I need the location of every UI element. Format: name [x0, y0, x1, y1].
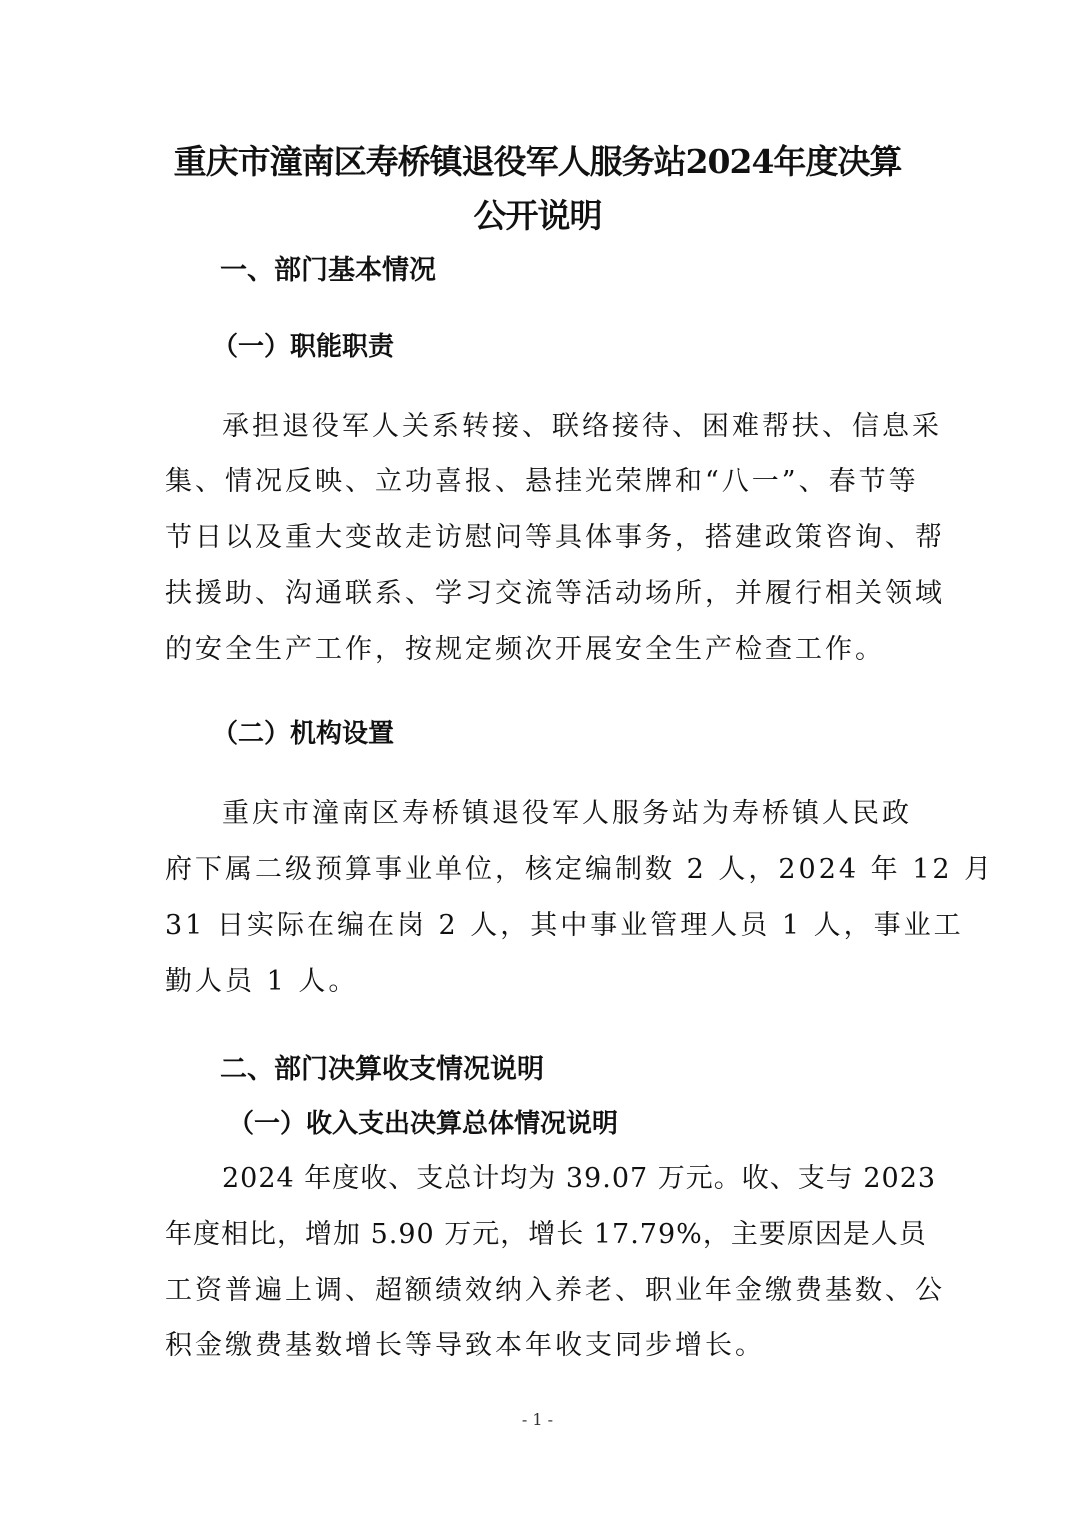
paragraph-line: 节日以及重大变故走访慰问等具体事务，搭建政策咨询、帮: [165, 521, 915, 555]
paragraph-line: 集、情况反映、立功喜报、悬挂光荣牌和“八一”、春节等: [165, 465, 915, 499]
paragraph-line: 府下属二级预算事业单位，核定编制数 2 人，2024 年 12 月: [165, 853, 915, 887]
paragraph-line: 扶援助、沟通联系、学习交流等活动场所，并履行相关领域: [165, 577, 915, 611]
paragraph-line: 工资普遍上调、超额绩效纳入养老、职业年金缴费基数、公: [165, 1274, 915, 1308]
document-title-line-2: 公开说明: [160, 196, 915, 236]
paragraph-line: 承担退役军人关系转接、联络接待、困难帮扶、信息采: [222, 410, 915, 444]
paragraph-line: 的安全生产工作，按规定频次开展安全生产检查工作。: [165, 633, 915, 667]
paragraph-line: 31 日实际在编在岗 2 人，其中事业管理人员 1 人，事业工: [165, 909, 900, 943]
paragraph-line: 勤人员 1 人。: [165, 965, 915, 999]
paragraph-line: 年度相比，增加 5.90 万元，增长 17.79%，主要原因是人员: [165, 1218, 915, 1252]
document-page: 重庆市潼南区寿桥镇退役军人服务站2024年度决算 公开说明 一、部门基本情况 （…: [0, 0, 1075, 1520]
paragraph-line: 2024 年度收、支总计均为 39.07 万元。收、支与 2023: [222, 1162, 915, 1196]
subsection-heading-duties: （一）职能职责: [212, 330, 394, 364]
subsection-heading-organization: （二）机构设置: [212, 717, 394, 751]
subsection-heading-income-expense: （一）收入支出决算总体情况说明: [228, 1107, 618, 1141]
section-heading-budget-summary: 二、部门决算收支情况说明: [220, 1053, 544, 1087]
document-title-line-1: 重庆市潼南区寿桥镇退役军人服务站2024年度决算: [160, 142, 915, 182]
paragraph-line: 重庆市潼南区寿桥镇退役军人服务站为寿桥镇人民政: [222, 797, 887, 831]
paragraph-line: 积金缴费基数增长等导致本年收支同步增长。: [165, 1329, 915, 1363]
section-heading-basic-info: 一、部门基本情况: [220, 254, 436, 288]
page-number: - 1 -: [0, 1410, 1075, 1430]
